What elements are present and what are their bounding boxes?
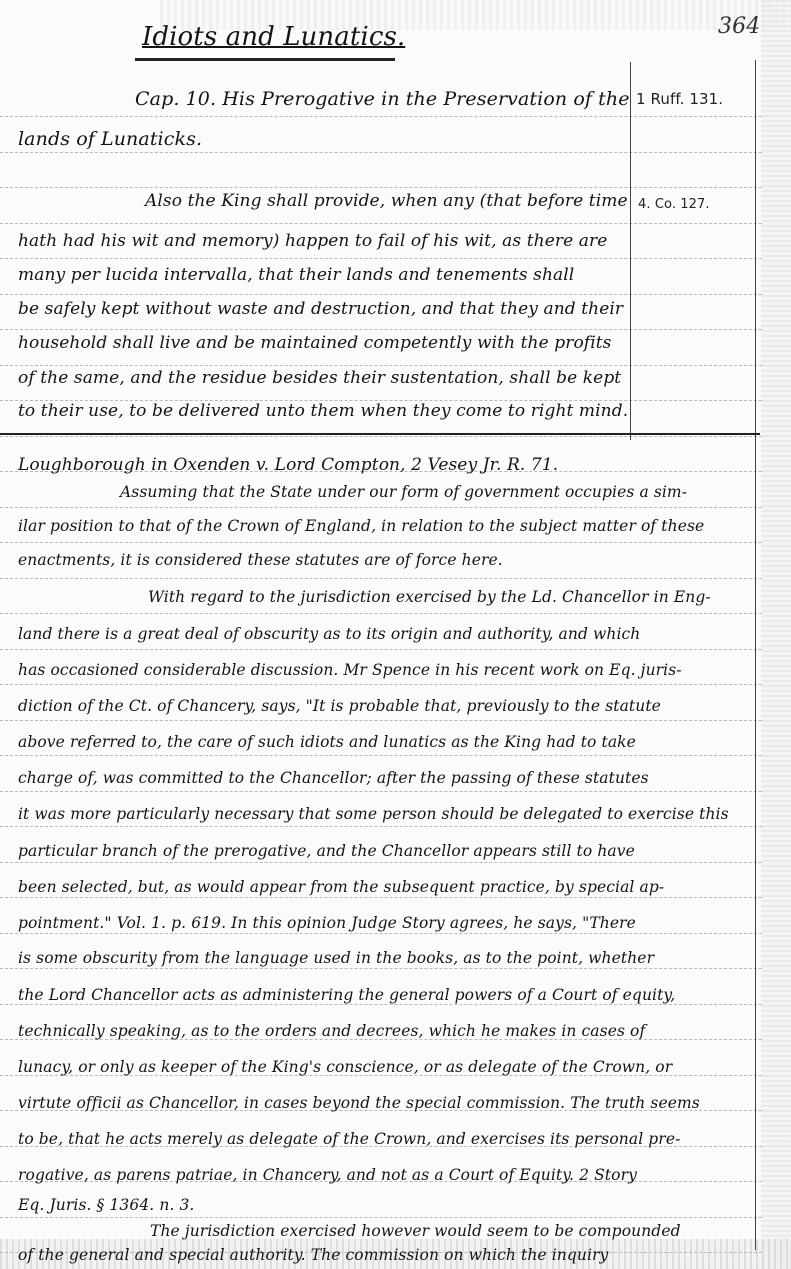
body-line: diction of the Ct. of Chancery, says, "I… <box>18 695 661 717</box>
body-line: household shall live and be maintained c… <box>18 332 612 354</box>
body-line: to their use, to be delivered unto them … <box>18 400 628 422</box>
body-line: above referred to, the care of such idio… <box>18 731 636 753</box>
ruled-line <box>0 826 762 827</box>
margin-citation-1: 1 Ruff. 131. <box>636 88 723 110</box>
ruled-line <box>0 152 762 153</box>
body-line: many per lucida intervalla, that their l… <box>18 264 574 286</box>
section-divider <box>0 433 760 435</box>
ruled-line <box>0 294 762 295</box>
body-line: virtute officii as Chancellor, in cases … <box>18 1092 700 1114</box>
body-line: charge of, was committed to the Chancell… <box>18 767 649 789</box>
page-title: Idiots and Lunatics. <box>142 26 405 48</box>
ruled-line <box>0 187 762 188</box>
chapter-heading: Cap. 10. His Prerogative in the Preserva… <box>135 88 630 110</box>
page-number: 364 <box>718 16 760 38</box>
ruled-line <box>0 755 762 756</box>
body-line: rogative, as parens patriae, in Chancery… <box>18 1164 637 1186</box>
margin-column-line <box>630 62 631 440</box>
manuscript-page: 364 Idiots and Lunatics. Cap. 10. His Pr… <box>0 0 791 1269</box>
body-line: is some obscurity from the language used… <box>18 947 654 969</box>
ruled-line <box>0 436 762 437</box>
body-line: to be, that he acts merely as delegate o… <box>18 1128 680 1150</box>
body-line: the Lord Chancellor acts as administerin… <box>18 984 675 1006</box>
margin-citation-2: 4. Co. 127. <box>638 194 710 216</box>
ruled-line <box>0 791 762 792</box>
body-line: of the same, and the residue besides the… <box>18 367 621 389</box>
scan-noise-right <box>761 0 791 1269</box>
body-line: Assuming that the State under our form o… <box>120 481 687 503</box>
ruled-line <box>0 542 762 543</box>
case-citation: Loughborough in Oxenden v. Lord Compton,… <box>18 454 558 476</box>
ruled-line <box>0 329 762 330</box>
body-line: The jurisdiction exercised however would… <box>150 1220 681 1242</box>
ruled-line <box>0 684 762 685</box>
body-line: With regard to the jurisdiction exercise… <box>148 586 711 608</box>
title-underline-bar <box>135 58 395 61</box>
right-margin-line <box>755 60 756 1250</box>
body-line: lunacy, or only as keeper of the King's … <box>18 1056 672 1078</box>
ruled-line <box>0 1217 762 1218</box>
ruled-line <box>0 720 762 721</box>
ruled-line <box>0 862 762 863</box>
body-line: be safely kept without waste and destruc… <box>18 298 623 320</box>
body-line: Also the King shall provide, when any (t… <box>145 190 628 212</box>
body-line: Eq. Juris. § 1364. n. 3. <box>18 1194 194 1216</box>
ruled-line <box>0 613 762 614</box>
body-line: been selected, but, as would appear from… <box>18 876 664 898</box>
body-line: particular branch of the prerogative, an… <box>18 840 635 862</box>
ruled-line <box>0 223 762 224</box>
ruled-line <box>0 258 762 259</box>
chapter-heading-continued: lands of Lunaticks. <box>18 128 202 150</box>
body-line: enactments, it is considered these statu… <box>18 549 503 571</box>
ruled-line <box>0 116 762 117</box>
body-line: of the general and special authority. Th… <box>18 1244 608 1266</box>
body-line: land there is a great deal of obscurity … <box>18 623 640 645</box>
ruled-line <box>0 507 762 508</box>
body-line: has occasioned considerable discussion. … <box>18 659 682 681</box>
body-line: it was more particularly necessary that … <box>18 803 729 825</box>
body-line: ilar position to that of the Crown of En… <box>18 515 704 537</box>
body-line: technically speaking, as to the orders a… <box>18 1020 645 1042</box>
ruled-line <box>0 649 762 650</box>
body-line: hath had his wit and memory) happen to f… <box>18 230 607 252</box>
body-line: pointment." Vol. 1. p. 619. In this opin… <box>18 912 636 934</box>
ruled-line <box>0 365 762 366</box>
ruled-line <box>0 578 762 579</box>
